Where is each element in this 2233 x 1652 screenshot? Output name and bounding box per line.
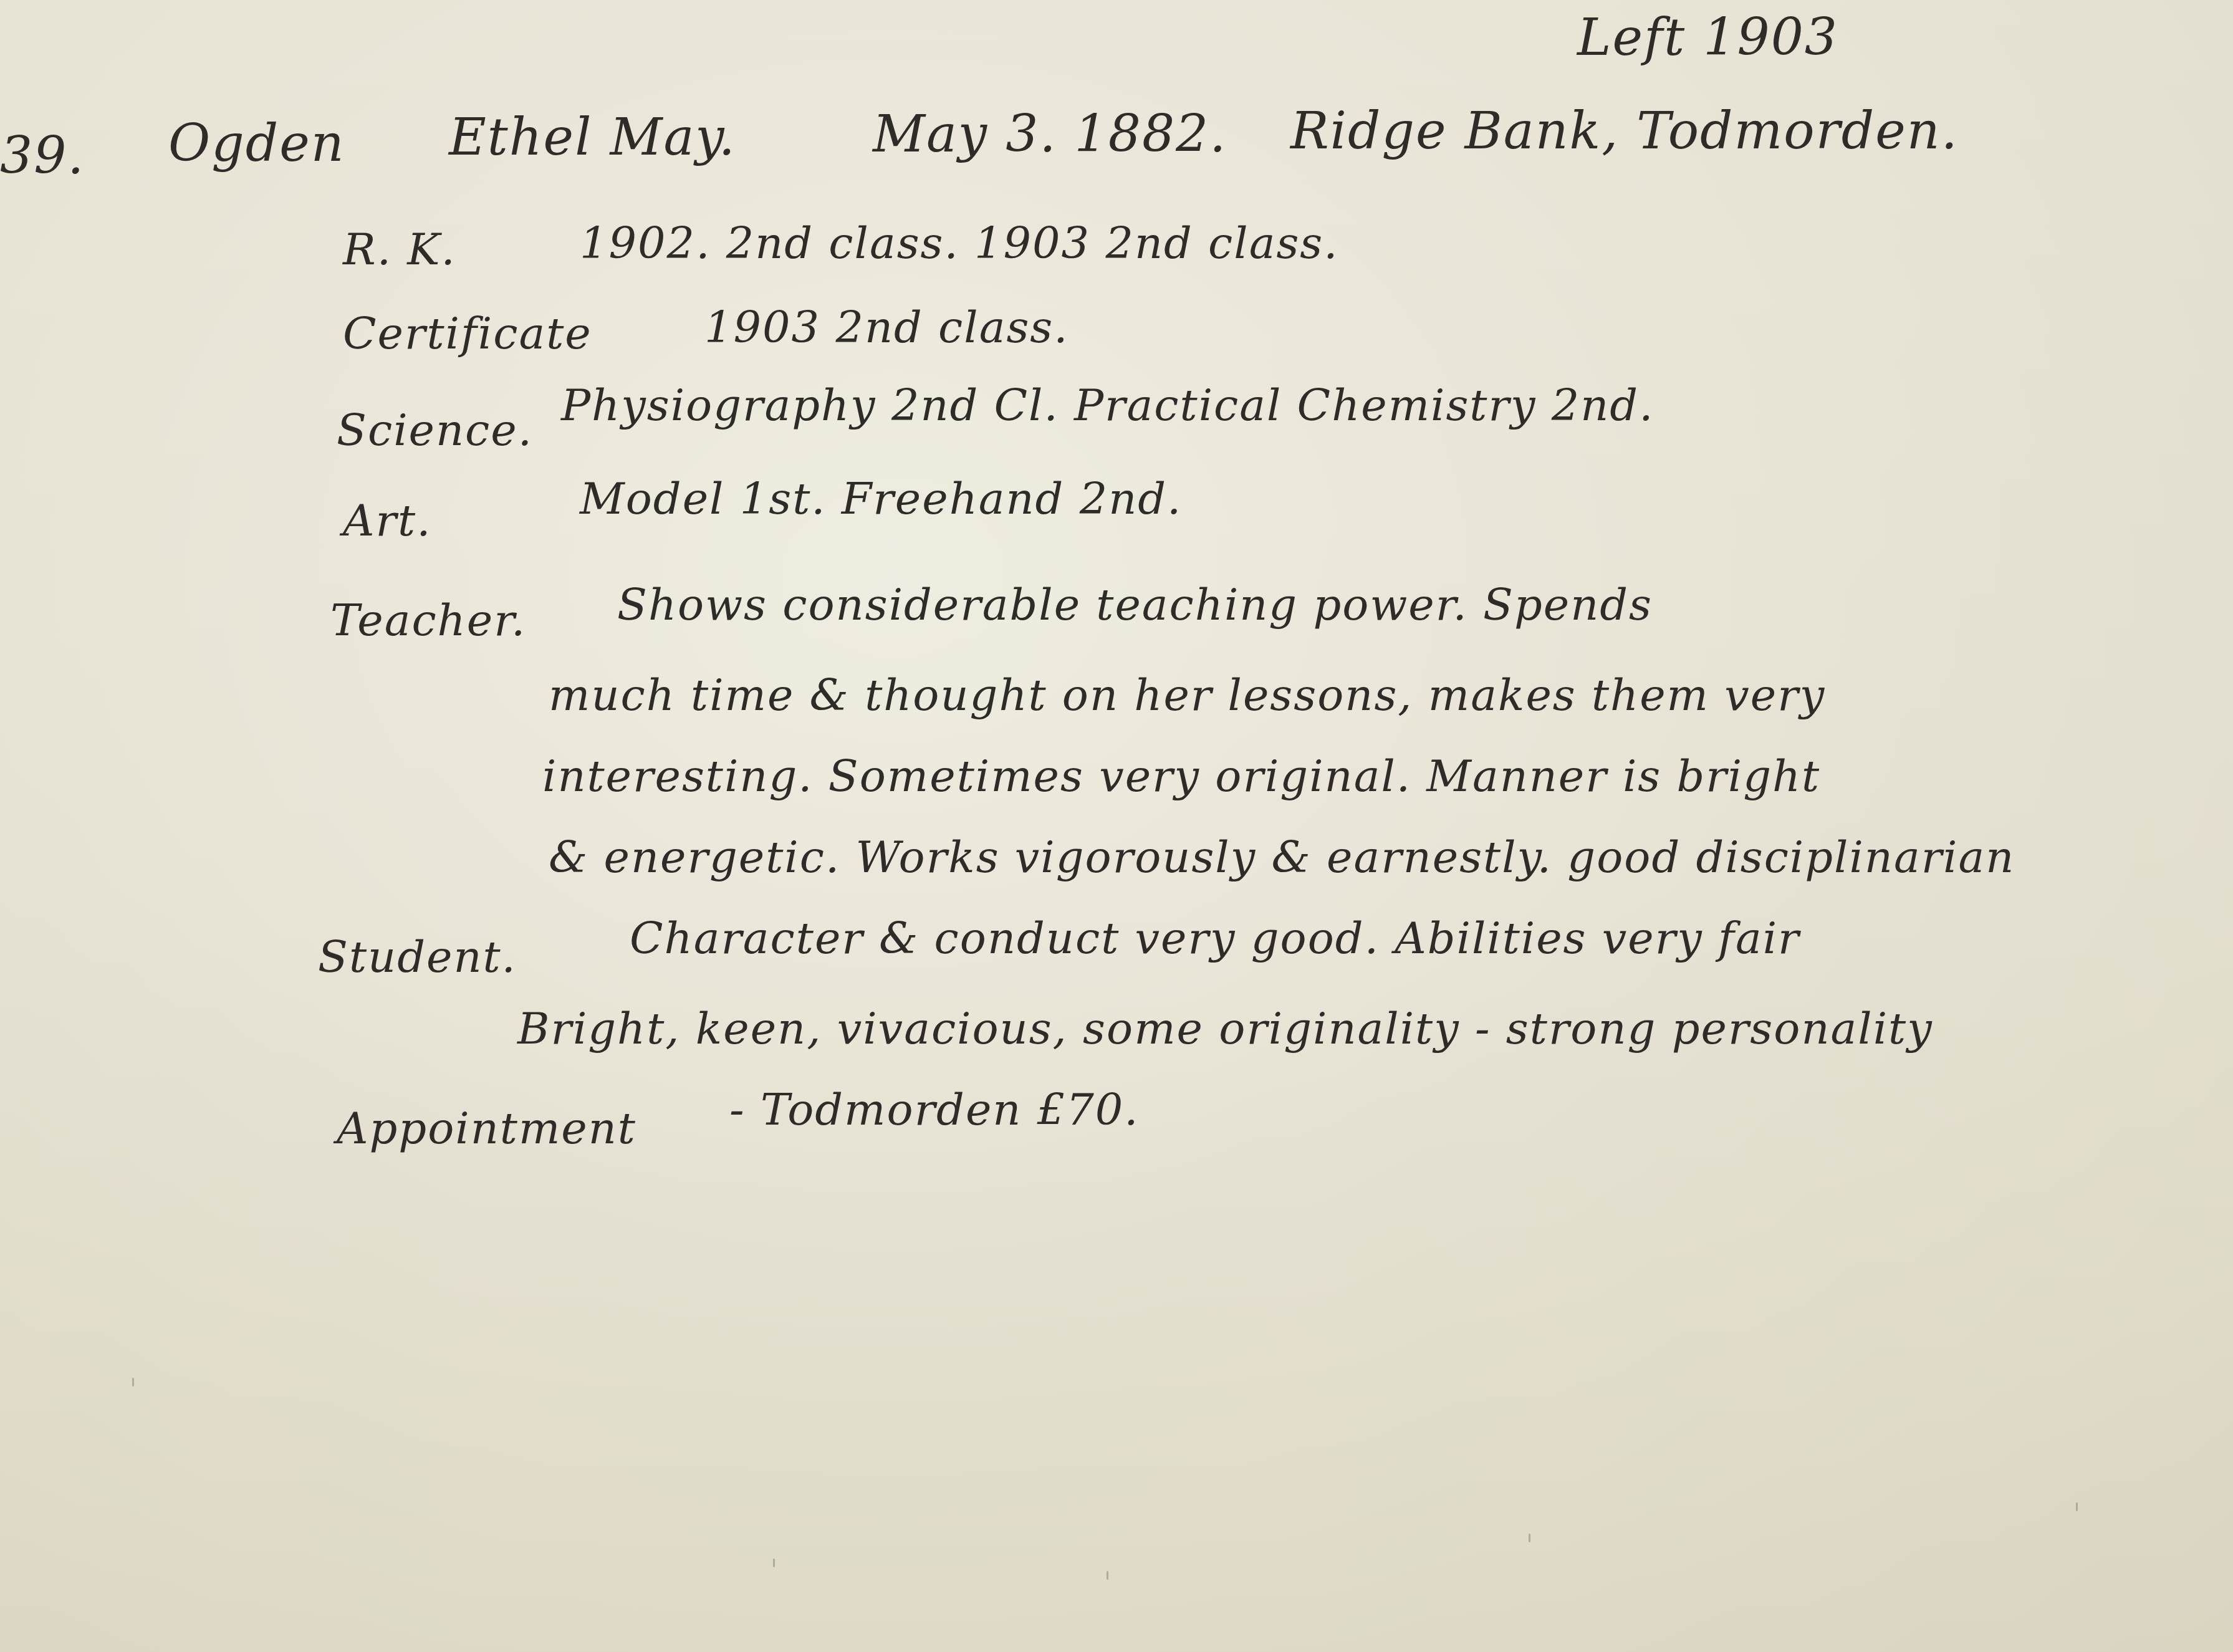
art-label: Art.: [343, 499, 431, 542]
student-continuation: Bright, keen, vivacious, some originalit…: [517, 1007, 1933, 1050]
rk-text: 1902. 2nd class. 1903 2nd class.: [580, 221, 1339, 265]
entry-number: 39.: [0, 131, 85, 182]
paper-fleck: [773, 1558, 775, 1567]
appointment-label: Appointment: [337, 1107, 636, 1150]
certificate-label: Certificate: [343, 312, 592, 355]
entry-given-names: Ethel May.: [449, 112, 736, 163]
paper-fleck: [132, 1378, 134, 1386]
student-text: Character & conduct very good. Abilities…: [630, 916, 1800, 960]
entry-surname: Ogden: [168, 118, 345, 170]
teacher-continuation-line-3: & energetic. Works vigorously & earnestl…: [549, 835, 2015, 879]
appointment-text: - Todmorden £70.: [729, 1088, 1140, 1131]
teacher-continuation-line-1: much time & thought on her lessons, make…: [549, 673, 1825, 717]
certificate-text: 1903 2nd class.: [704, 305, 1069, 349]
teacher-label: Teacher.: [330, 598, 526, 642]
science-text: Physiography 2nd Cl. Practical Chemistry…: [561, 383, 1654, 427]
art-text: Model 1st. Freehand 2nd.: [580, 477, 1182, 521]
manuscript-page: Left 1903 39. Ogden Ethel May. May 3. 18…: [0, 0, 2233, 1652]
teacher-continuation-line-2: interesting. Sometimes very original. Ma…: [542, 754, 1820, 798]
paper-fleck: [1107, 1571, 1108, 1580]
paper-fleck: [2076, 1502, 2078, 1511]
science-label: Science.: [337, 408, 533, 452]
entry-birth-date: May 3. 1882.: [873, 109, 1227, 160]
rk-label: R. K.: [343, 228, 456, 271]
entry-address: Ridge Bank, Todmorden.: [1290, 106, 1959, 157]
teacher-text: Shows considerable teaching power. Spend…: [617, 583, 1653, 627]
header-note-left-date: Left 1903: [1577, 12, 1838, 64]
paper-fleck: [1529, 1534, 1530, 1542]
student-label: Student.: [318, 935, 517, 979]
